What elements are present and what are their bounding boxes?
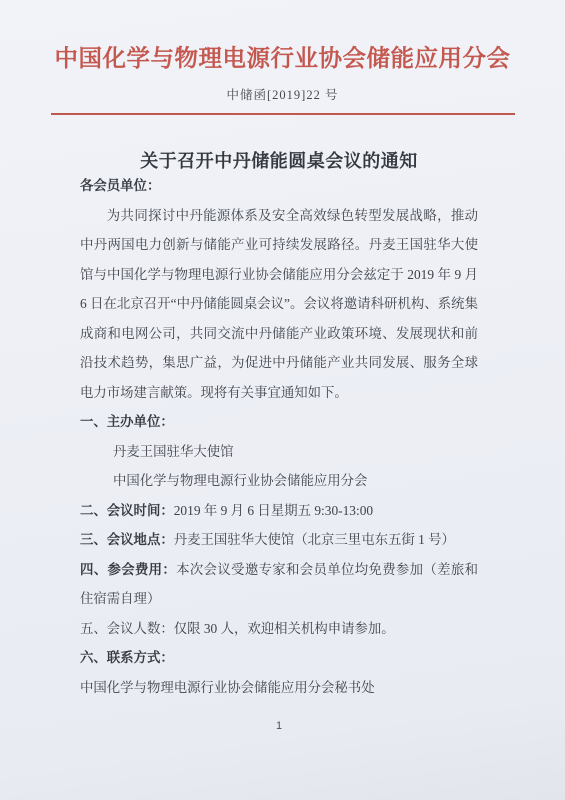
scanned-notice-page: 中国化学与物理电源行业协会储能应用分会 中储函[2019]22 号 关于召开中丹… (0, 0, 565, 800)
section-contact-label: 六、联系方式： (80, 643, 478, 673)
document-number: 中储函[2019]22 号 (0, 87, 565, 103)
section-fee: 四、参会费用：本次会议受邀专家和会员单位均免费参加（差旅和住宿需自理） (80, 555, 478, 614)
host-line-1: 丹麦王国驻华大使馆 (80, 437, 478, 467)
section-venue-value: 丹麦王国驻华大使馆（北京三里屯东五街 1 号） (174, 532, 455, 547)
section-time: 二、会议时间：2019 年 9 月 6 日星期五 9:30-13:00 (80, 496, 478, 526)
page-number: 1 (80, 720, 478, 732)
salutation: 各会员单位： (80, 171, 478, 201)
section-venue-label: 三、会议地点： (80, 532, 174, 547)
org-name-masthead: 中国化学与物理电源行业协会储能应用分会 (0, 0, 565, 74)
section-capacity: 五、会议人数：仅限 30 人，欢迎相关机构申请参加。 (80, 614, 478, 644)
host-line-2: 中国化学与物理电源行业协会储能应用分会 (80, 466, 478, 496)
section-time-value: 2019 年 9 月 6 日星期五 9:30-13:00 (174, 503, 373, 518)
section-venue: 三、会议地点：丹麦王国驻华大使馆（北京三里屯东五街 1 号） (80, 525, 478, 555)
intro-paragraph: 为共同探讨中丹能源体系及安全高效绿色转型发展战略，推动中丹两国电力创新与储能产业… (80, 201, 478, 408)
masthead-divider (51, 113, 515, 115)
section-capacity-value: 仅限 30 人，欢迎相关机构申请参加。 (174, 621, 395, 636)
section-host-label: 一、主办单位： (80, 407, 478, 437)
section-capacity-label: 五、会议人数： (80, 621, 174, 636)
section-fee-label: 四、参会费用： (80, 562, 176, 577)
secretariat-line: 中国化学与物理电源行业协会储能应用分会秘书处 (80, 673, 478, 703)
notice-title: 关于召开中丹储能圆桌会议的通知 (80, 151, 478, 171)
section-time-label: 二、会议时间： (80, 503, 174, 518)
document-body: 关于召开中丹储能圆桌会议的通知 各会员单位： 为共同探讨中丹能源体系及安全高效绿… (80, 151, 478, 702)
